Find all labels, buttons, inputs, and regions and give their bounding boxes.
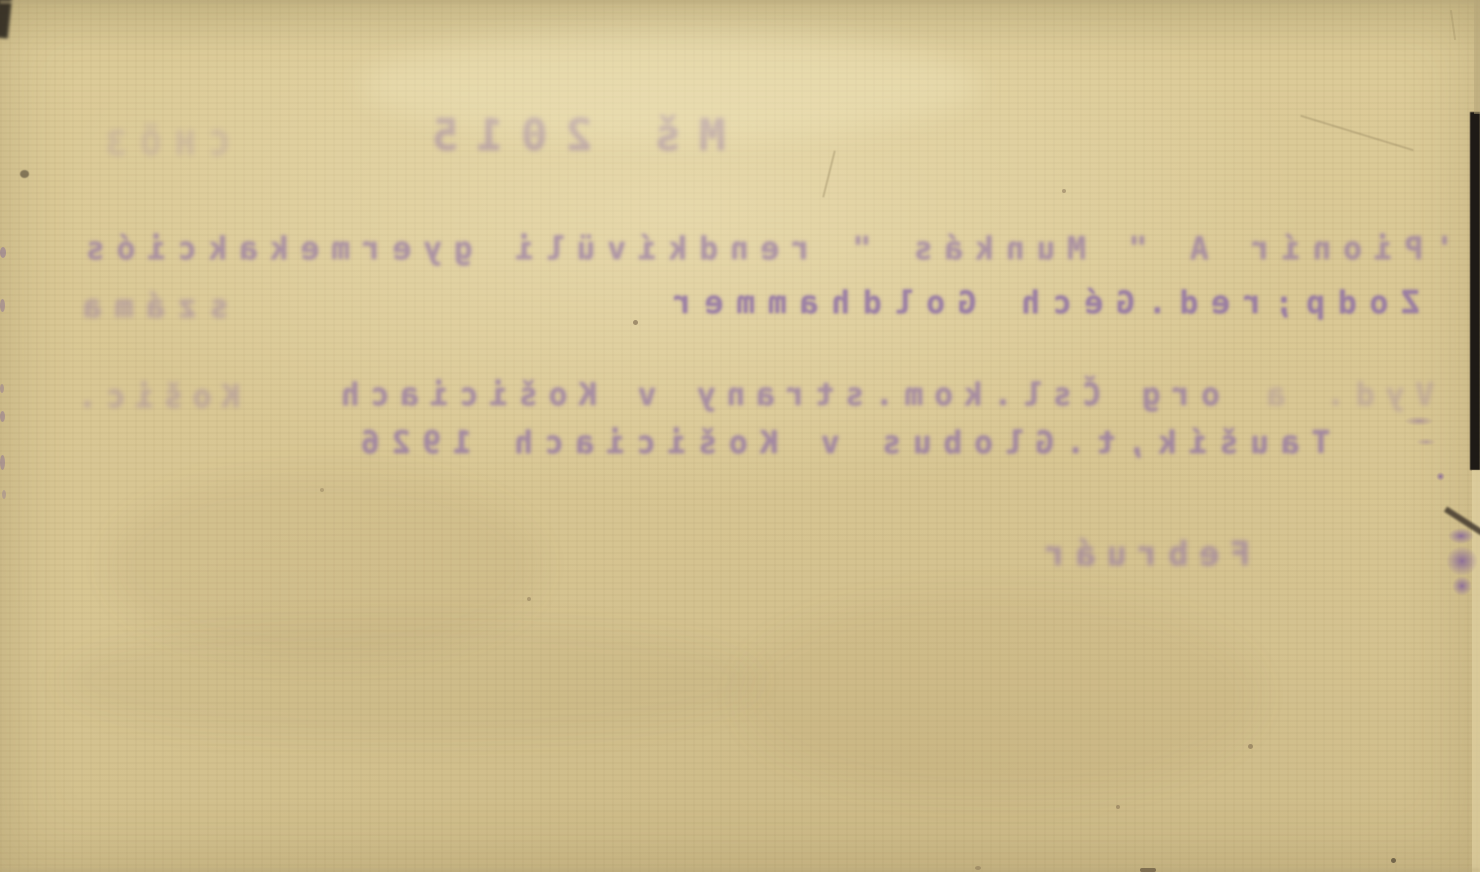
bleedthrough-title-line-end: száma <box>70 289 228 325</box>
edge-speck <box>0 384 4 393</box>
top-left-corner-ink-stain <box>0 0 12 39</box>
paper-speck <box>1062 189 1066 193</box>
edge-speck <box>0 247 6 258</box>
card-edge-highlight <box>1472 470 1480 872</box>
ink-blot <box>1404 416 1434 426</box>
paper-speck <box>1116 805 1120 809</box>
paper-stain <box>110 470 540 660</box>
bottom-edge-shadow <box>0 868 1480 872</box>
bleedthrough-publisher-line-start: Vyd. a <box>1256 377 1434 413</box>
pen-stroke-mark <box>1444 507 1480 536</box>
ink-blot <box>1446 546 1478 576</box>
archival-card-back: CHÖ3 Mš 2015 'Pionír A " Munkás " rendkí… <box>0 0 1480 872</box>
paper-speck <box>975 866 981 870</box>
edge-speck <box>0 411 5 422</box>
paper-speck <box>1248 744 1253 749</box>
paper-stain <box>740 590 1260 800</box>
ink-blot <box>1416 438 1436 446</box>
bleedthrough-editor-line: Zodp;red.Géch Goldhammer <box>660 285 1420 321</box>
ink-blot <box>1448 528 1474 544</box>
ink-blot <box>1436 472 1445 481</box>
bleedthrough-publisher-line: org Čsl.kom.strany v Košiciach <box>330 377 1220 413</box>
paper-speck <box>1140 868 1156 872</box>
bleedthrough-printer-line: Taušík,t.Globus v Košiciach 1926 <box>349 425 1330 461</box>
edge-speck <box>2 490 6 499</box>
edge-speck <box>20 170 29 178</box>
ink-blot <box>1452 576 1472 596</box>
paper-stain <box>360 30 980 140</box>
bleedthrough-stamp-code: CHÖ3 <box>92 124 230 164</box>
card-edge-top-right <box>1474 0 1480 114</box>
paper-speck <box>633 320 638 325</box>
scratch-line <box>822 150 836 197</box>
edge-speck <box>0 455 5 470</box>
paper-speck <box>1391 858 1396 863</box>
bleedthrough-title-line: 'Pionír A " Munkás " rendkívüli gyermeka… <box>74 231 1454 267</box>
edge-speck <box>0 299 5 312</box>
scanner-edge-strip <box>1470 112 1480 470</box>
bleedthrough-publisher-line-end: Košic. <box>68 379 240 415</box>
scratch-line <box>1450 10 1456 40</box>
top-edge-shadow <box>0 0 1480 4</box>
paper-speck <box>320 488 324 492</box>
bleedthrough-date-line: Február <box>1034 534 1250 573</box>
bleedthrough-file-number: Mš 2015 <box>414 110 725 161</box>
scratch-line <box>1300 115 1413 151</box>
paper-stain <box>60 620 760 740</box>
paper-speck <box>527 597 531 601</box>
